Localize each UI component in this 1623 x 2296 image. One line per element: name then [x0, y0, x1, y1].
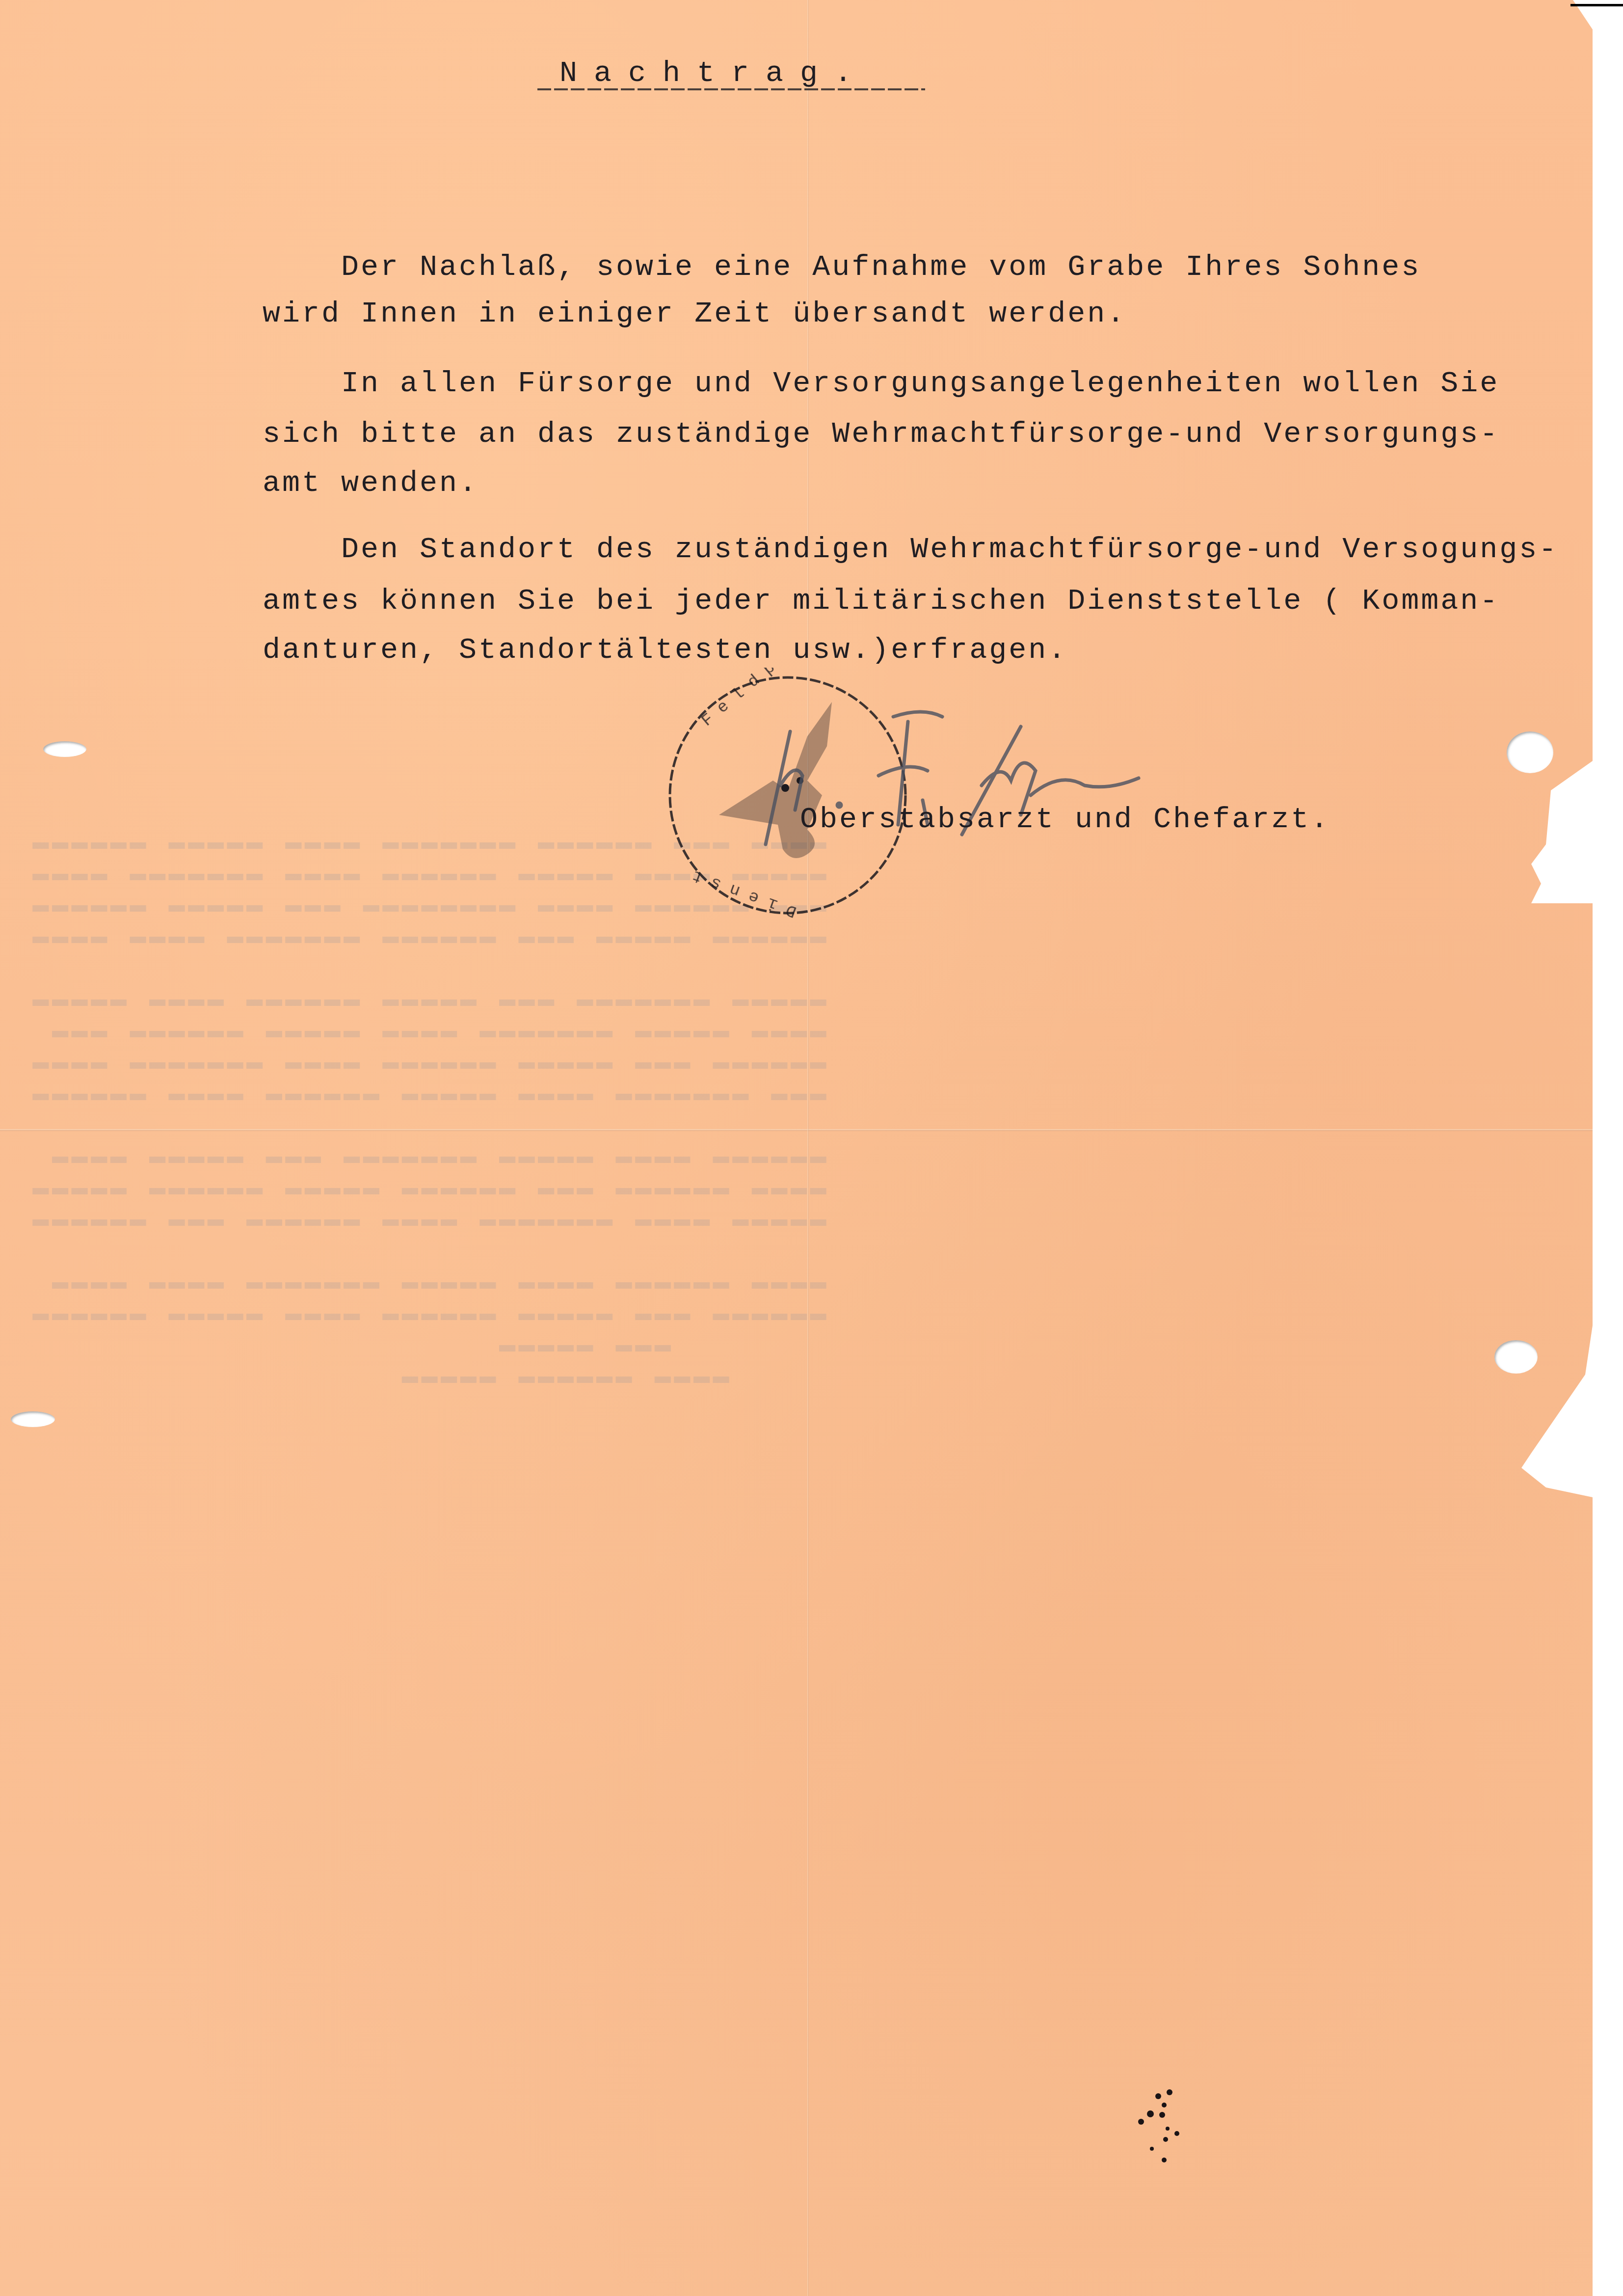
- punch-hole-right-lower: [1494, 1340, 1538, 1374]
- document-title: Nachtrag.: [559, 59, 869, 88]
- paragraph-2-line-1: In allen Fürsorge und Versorgungsangeleg…: [341, 369, 1499, 399]
- paragraph-3-line-2: amtes können Sie bei jeder militärischen…: [263, 587, 1499, 616]
- paragraph-2-line-3: amt wenden.: [263, 469, 479, 498]
- signature-title: Oberstabsarzt und Chefarzt.: [800, 805, 1330, 835]
- paragraph-3-line-3: danturen, Standortältesten usw.)erfragen…: [263, 636, 1067, 665]
- scan-edge-mark: [1570, 4, 1623, 6]
- paragraph-1-line-1: Der Nachlaß, sowie eine Aufnahme vom Gra…: [341, 253, 1421, 282]
- title-underline: [537, 88, 925, 90]
- ink-dots-mark: [1119, 2081, 1217, 2199]
- punch-hole-left-lower: [11, 1411, 55, 1427]
- handwritten-signature: [746, 687, 1374, 864]
- svg-text:D i e n s t: D i e n s t: [690, 865, 799, 920]
- paragraph-3-line-1: Den Standort des zuständigen Wehrmachtfü…: [341, 535, 1558, 565]
- punch-hole-right-upper: [1507, 731, 1553, 773]
- punch-hole-left-upper: [43, 741, 86, 757]
- paragraph-2-line-2: sich bitte an das zuständige Wehrmachtfü…: [263, 420, 1499, 449]
- paragraph-1-line-2: wird Innen in einiger Zeit übersandt wer…: [263, 299, 1126, 329]
